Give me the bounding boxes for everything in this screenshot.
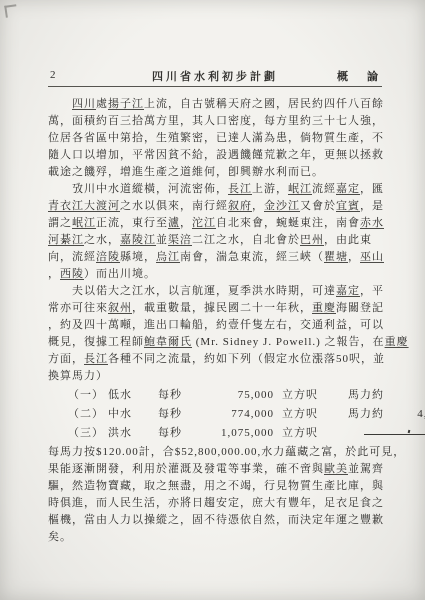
text-line: 萬，面積約百三拾萬方里，其人口密度，每方里約三十七人強， bbox=[48, 113, 382, 130]
text-segment: 上游， bbox=[252, 183, 288, 195]
cell-hp: 4,400,000. bbox=[396, 405, 425, 424]
cell-flow: 75,000 bbox=[208, 386, 274, 405]
proper-noun: 嘉定 bbox=[336, 183, 360, 195]
proper-noun: 金沙江 bbox=[264, 200, 300, 212]
text-line: 四川處揚子江上流，自古號稱天府之國，居民約四仟八百餘 bbox=[48, 96, 382, 113]
text-line: 驅，然造物寶藏，取之無盡，用之不竭，行見物質生產比庫，與 bbox=[48, 478, 382, 495]
proper-noun: 宜賓 bbox=[336, 200, 360, 212]
proper-noun: 鮑韋爾氏 bbox=[144, 336, 192, 348]
proper-noun: 瀘 bbox=[168, 217, 180, 229]
proper-noun: 重慶 bbox=[312, 302, 336, 314]
proper-noun: 岷江 bbox=[72, 217, 96, 229]
text-line: ，西陵）而出川境。 bbox=[48, 266, 382, 283]
cell-per: 每秒 bbox=[158, 405, 208, 424]
paragraph: 四川處揚子江上流，自古號稱天府之國，居民約四仟八百餘萬，面積約百三拾萬方里，其人… bbox=[48, 96, 382, 181]
text-segment: 二江之水，自北會於 bbox=[192, 234, 300, 246]
text-segment: 並 bbox=[156, 234, 168, 246]
text-segment: 攷川中水道縱橫，河流密佈， bbox=[72, 183, 228, 195]
text-segment: ，是 bbox=[360, 200, 384, 212]
text-segment: 之水， bbox=[84, 234, 120, 246]
cell-unit: 立方呎 bbox=[274, 386, 338, 405]
text-segment: 載途之饑殍，增進生產之道維何，卽興辦水利而已。 bbox=[48, 166, 324, 178]
proper-noun: 巫山 bbox=[360, 251, 384, 263]
scan-artifact bbox=[4, 4, 18, 18]
text-segment: 換算馬力） bbox=[48, 370, 108, 382]
text-segment: 果能逐漸開發，利用於灌溉及發電等事業，確不啻與 bbox=[48, 463, 324, 475]
text-segment: 方面， bbox=[48, 353, 84, 365]
text-line: ，約及四十萬噸，進出口輪船，約壹仟隻左右，交通利益，可以 bbox=[48, 317, 382, 334]
text-segment: 南會，湍急東流，經三峽（ bbox=[180, 251, 324, 263]
text-segment: 概見，復據工程師 bbox=[48, 336, 144, 348]
cell-num: （三） bbox=[68, 424, 108, 443]
cell-flow: 1,075,000 bbox=[208, 424, 274, 443]
proper-noun: 青衣江 bbox=[48, 200, 84, 212]
text-line: 夫以偌大之江水，以言航運，夏季洪水時期，可達嘉定，平 bbox=[48, 283, 382, 300]
text-line: 常亦可往來叙州，載重數量，據民國二十一年秋，重慶海關登記 bbox=[48, 300, 382, 317]
paragraph: 每馬力按$120.00計，合$52,800,000.00,水力蘊藏之富，於此可見… bbox=[48, 444, 382, 546]
scanned-document-page: 2 四川省水利初步計劃 概 論 四川處揚子江上流，自古號稱天府之國，居民約四仟八… bbox=[0, 0, 425, 600]
cell-num: （二） bbox=[68, 405, 108, 424]
text-segment: 之水以俱來，南行經 bbox=[120, 200, 228, 212]
proper-noun: 河 bbox=[48, 234, 60, 246]
text-line: 隨人口以增加，平常因貧不給，設遇饑饉荒歉之年，更無以拯救 bbox=[48, 147, 382, 164]
proper-noun: 重慶 bbox=[385, 336, 409, 348]
text-line: 向，流經涪陵縣境，烏江南會，湍急東流，經三峽（瞿塘，巫山 bbox=[48, 249, 382, 266]
cell-kind: 洪水 bbox=[108, 424, 158, 443]
text-segment: 位居各省區中第拾，生殖繁密，已達人滿為患，倘物質生產，不 bbox=[48, 132, 384, 144]
text-line: 謂之岷江正流，東行至瀘，沱江自北來會，蜿蜒東注，南會赤水 bbox=[48, 215, 382, 232]
proper-noun: 綦江 bbox=[60, 234, 84, 246]
cell-unit: 立方呎 bbox=[274, 405, 338, 424]
text-segment: ，載重數量，據民國二十一年秋， bbox=[132, 302, 312, 314]
text-segment: 向，流經 bbox=[48, 251, 96, 263]
text-line: 樞機，當由人力以操縱之，固不待憑依自然，而決定年運之豐歉 bbox=[48, 512, 382, 529]
table-row: （二）中水每秒774,000立方呎馬力約4,400,000. bbox=[48, 405, 382, 424]
proper-noun: 渠涪 bbox=[168, 234, 192, 246]
text-segment: 正流，東行至 bbox=[96, 217, 168, 229]
text-line: 方面，長江各種不同之流量，約如下列（假定水位漲落50呎，並 bbox=[48, 351, 382, 368]
text-line: 時俱進，而人民生活，亦將日趨安定，庶大有豐年，足衣足食之 bbox=[48, 495, 382, 512]
text-segment: 每馬力按$120.00計，合$52,800,000.00,水力蘊藏之富，於此可見… bbox=[48, 446, 405, 458]
text-segment: 又會於 bbox=[300, 200, 336, 212]
proper-noun: 叙州 bbox=[108, 302, 132, 314]
proper-noun: 四川 bbox=[72, 98, 96, 110]
text-line: 矣。 bbox=[48, 529, 382, 546]
text-segment: 常亦可往來 bbox=[48, 302, 108, 314]
cell-num: （一） bbox=[68, 386, 108, 405]
text-line: 換算馬力） bbox=[48, 368, 382, 385]
proper-noun: 赤水 bbox=[360, 217, 384, 229]
text-segment: 處 bbox=[96, 98, 108, 110]
text-segment: ，約及四十萬噸，進出口輪船，約壹仟隻左右，交通利益，可以 bbox=[48, 319, 384, 331]
cell-hp: 433,093. bbox=[396, 386, 425, 405]
page-title: 四川省水利初步計劃 bbox=[48, 68, 382, 84]
cell-unit: 立方呎 bbox=[274, 424, 338, 443]
text-line: 河綦江之水，嘉陵江並渠涪二江之水，自北會於巴州，由此東 bbox=[48, 232, 382, 249]
proper-noun: 岷江 bbox=[288, 183, 312, 195]
text-line: 載途之饑殍，增進生產之道維何，卽興辦水利而已。 bbox=[48, 164, 382, 181]
page-header: 2 四川省水利初步計劃 概 論 bbox=[48, 68, 382, 84]
cell-hplabel: 馬力約 bbox=[338, 405, 396, 424]
proper-noun: 巴州 bbox=[300, 234, 324, 246]
proper-noun: 烏江 bbox=[156, 251, 180, 263]
dash-line bbox=[364, 434, 425, 436]
text-line: 每馬力按$120.00計，合$52,800,000.00,水力蘊藏之富，於此可見… bbox=[48, 444, 382, 461]
proper-noun: 長江 bbox=[84, 353, 108, 365]
text-segment: ， bbox=[252, 200, 264, 212]
paragraph: 攷川中水道縱橫，河流密佈，長江上游，岷江流經嘉定，匯青衣江大渡河之水以俱來，南行… bbox=[48, 181, 382, 283]
cell-kind: 低水 bbox=[108, 386, 158, 405]
proper-noun: 西陵 bbox=[60, 268, 84, 280]
proper-noun: 嘉定 bbox=[336, 285, 360, 297]
text-line: 攷川中水道縱橫，河流密佈，長江上游，岷江流經嘉定，匯 bbox=[48, 181, 382, 198]
proper-noun: 沱江 bbox=[192, 217, 216, 229]
text-segment: 謂之 bbox=[48, 217, 72, 229]
text-segment: 縣境， bbox=[120, 251, 156, 263]
proper-noun: 歐美 bbox=[324, 463, 348, 475]
text-segment: ，平 bbox=[360, 285, 384, 297]
text-segment: ， bbox=[180, 217, 192, 229]
text-segment: 上流，自古號稱天府之國，居民約四仟八百餘 bbox=[144, 98, 384, 110]
text-line: 果能逐漸開發，利用於灌溉及發電等事業，確不啻與歐美並駕齊 bbox=[48, 461, 382, 478]
text-segment: ，由此東 bbox=[324, 234, 372, 246]
proper-noun: 揚子江 bbox=[108, 98, 144, 110]
text-segment: (Mr. Sidney J. Powell.) 之報告，在 bbox=[192, 336, 385, 348]
cell-per: 每秒 bbox=[158, 424, 208, 443]
section-label: 概 論 bbox=[337, 68, 382, 84]
cell-hplabel: 馬力約 bbox=[338, 386, 396, 405]
text-line: 位居各省區中第拾，生殖繁密，已達人滿為患，倘物質生產，不 bbox=[48, 130, 382, 147]
paragraph: 夫以偌大之江水，以言航運，夏季洪水時期，可達嘉定，平常亦可往來叙州，載重數量，據… bbox=[48, 283, 382, 385]
text-segment: 自北來會，蜿蜒東注，南會 bbox=[216, 217, 360, 229]
text-segment: 流經 bbox=[312, 183, 336, 195]
text-segment: 樞機，當由人力以操縱之，固不待憑依自然，而決定年運之豐歉 bbox=[48, 514, 384, 526]
text-segment: 海關登記 bbox=[336, 302, 384, 314]
cell-per: 每秒 bbox=[158, 386, 208, 405]
header-rule bbox=[48, 86, 382, 87]
text-line: 青衣江大渡河之水以俱來，南行經叙府，金沙江又會於宜賓，是 bbox=[48, 198, 382, 215]
text-segment: 矣。 bbox=[48, 531, 72, 543]
cell-flow: 774,000 bbox=[208, 405, 274, 424]
text-segment: 並駕齊 bbox=[348, 463, 384, 475]
text-line: 概見，復據工程師鮑韋爾氏 (Mr. Sidney J. Powell.) 之報告… bbox=[48, 334, 382, 351]
text-segment: ，匯 bbox=[360, 183, 384, 195]
table-row: （三）洪水每秒1,075,000立方呎 bbox=[48, 424, 382, 443]
proper-noun: 叙府 bbox=[228, 200, 252, 212]
proper-noun: 涪陵 bbox=[96, 251, 120, 263]
text-segment: 驅，然造物寶藏，取之無盡，用之不竭，行見物質生產比庫，與 bbox=[48, 480, 384, 492]
flow-horsepower-table: （一）低水每秒75,000立方呎馬力約433,093.（二）中水每秒774,00… bbox=[48, 386, 382, 443]
proper-noun: 嘉陵江 bbox=[120, 234, 156, 246]
proper-noun: 大渡河 bbox=[84, 200, 120, 212]
table-row: （一）低水每秒75,000立方呎馬力約433,093. bbox=[48, 386, 382, 405]
text-segment: 隨人口以增加，平常因貧不給，設遇饑饉荒歉之年，更無以拯救 bbox=[48, 149, 384, 161]
cell-kind: 中水 bbox=[108, 405, 158, 424]
proper-noun: 瞿塘 bbox=[324, 251, 348, 263]
document-content: 四川處揚子江上流，自古號稱天府之國，居民約四仟八百餘萬，面積約百三拾萬方里，其人… bbox=[48, 96, 382, 546]
text-segment: 各種不同之流量，約如下列（假定水位漲落50呎，並 bbox=[108, 353, 385, 365]
text-segment: ， bbox=[348, 251, 360, 263]
text-segment: 夫以偌大之江水，以言航運，夏季洪水時期，可達 bbox=[72, 285, 336, 297]
text-segment: 時俱進，而人民生活，亦將日趨安定，庶大有豐年，足衣足食之 bbox=[48, 497, 384, 509]
proper-noun: 長江 bbox=[228, 183, 252, 195]
text-segment: ， bbox=[48, 268, 60, 280]
text-segment: ）而出川境。 bbox=[84, 268, 156, 280]
text-segment: 萬，面積約百三拾萬方里，其人口密度，每方里約三十七人強， bbox=[48, 115, 384, 127]
